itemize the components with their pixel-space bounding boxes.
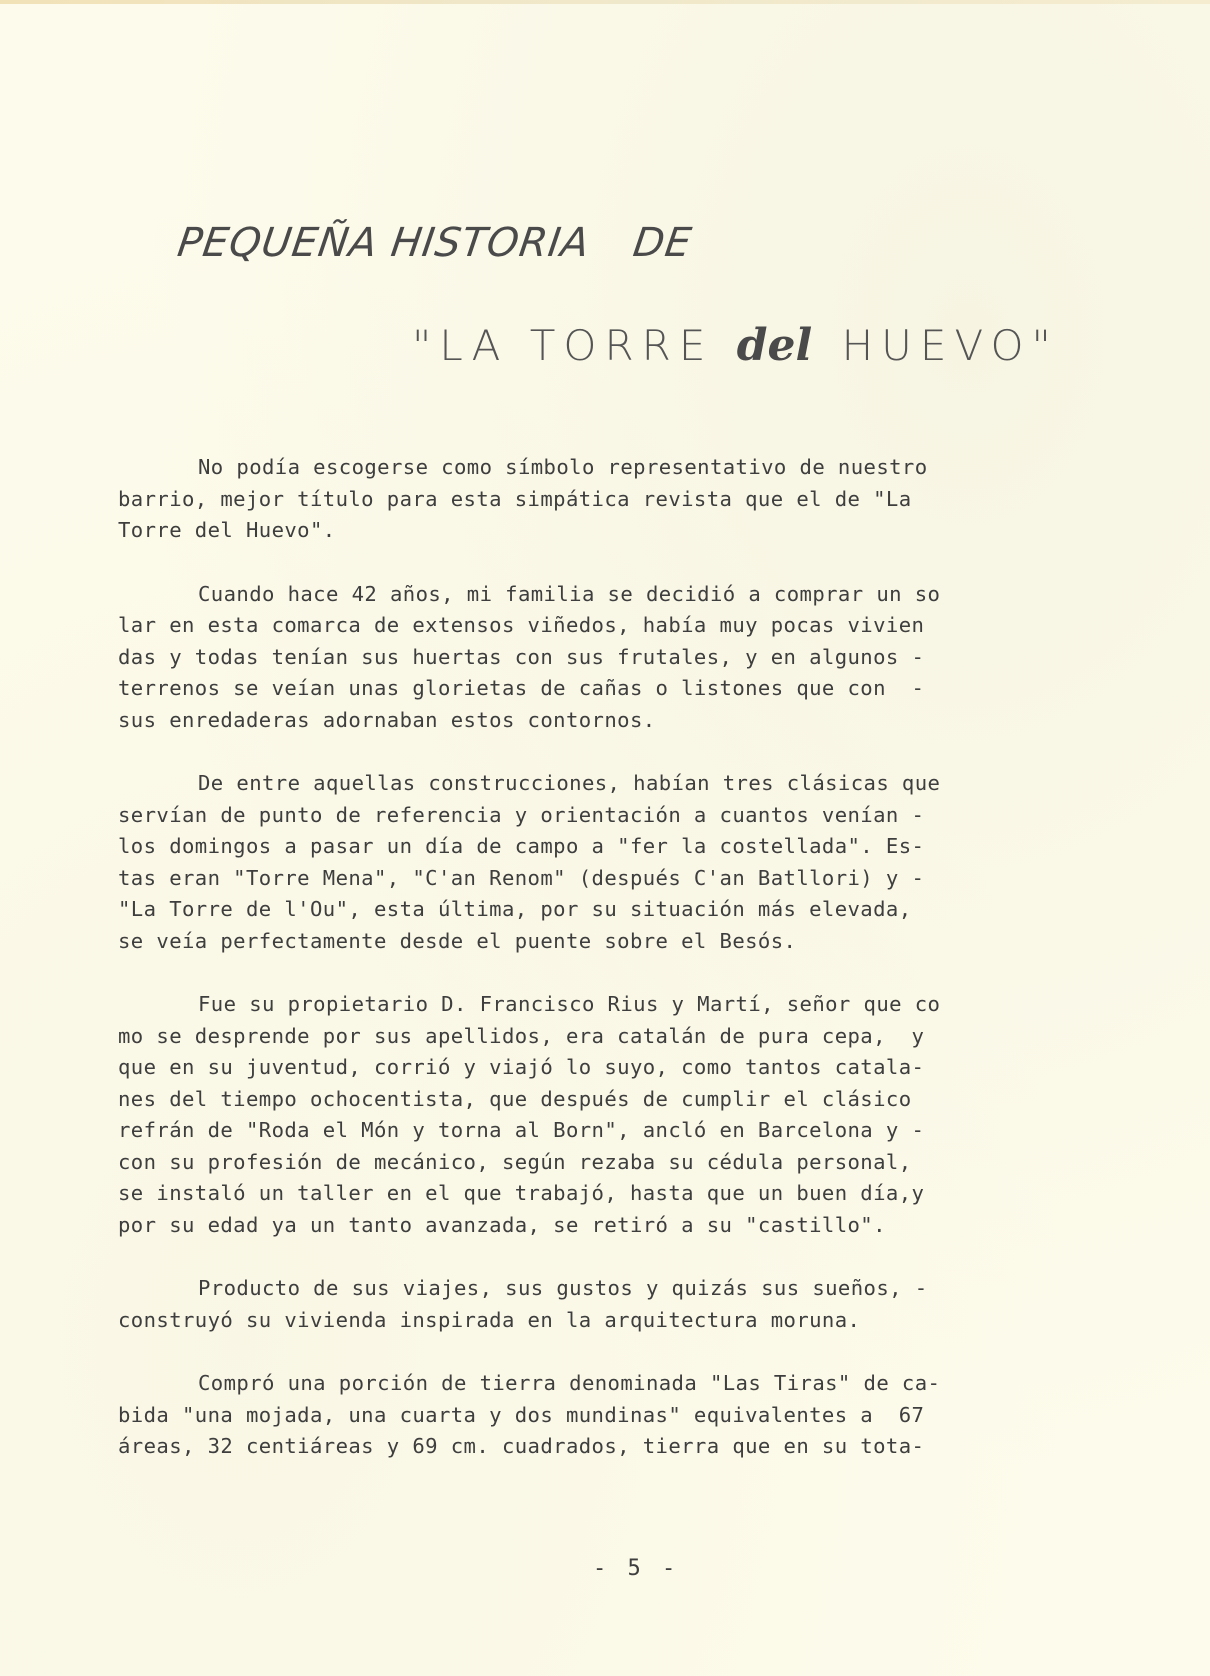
text-line: áreas, 32 centiáreas y 69 cm. cuadrados,…	[118, 1431, 1098, 1463]
text-line: Cuando hace 42 años, mi familia se decid…	[118, 579, 1098, 611]
text-line: sus enredaderas adornaban estos contorno…	[118, 705, 1098, 737]
paragraph-3: De entre aquellas construcciones, habían…	[118, 768, 1098, 957]
title-la-torre: "LA TORRE	[412, 321, 713, 370]
text-line: Torre del Huevo".	[118, 515, 1098, 547]
text-line: tas eran "Torre Mena", "C'an Renom" (des…	[118, 863, 1098, 895]
text-line: por su edad ya un tanto avanzada, se ret…	[118, 1210, 1098, 1242]
title-del-handwritten: del	[737, 320, 812, 371]
article-body: No podía escogerse como símbolo represen…	[118, 452, 1098, 1495]
text-line: bida "una mojada, una cuarta y dos mundi…	[118, 1400, 1098, 1432]
text-line: das y todas tenían sus huertas con sus f…	[118, 642, 1098, 674]
text-line: "La Torre de l'Ou", esta última, por su …	[118, 894, 1098, 926]
text-line: barrio, mejor título para esta simpática…	[118, 484, 1098, 516]
text-line: refrán de "Roda el Món y torna al Born",…	[118, 1115, 1098, 1147]
title-pequena-historia: PEQUEÑA HISTORIA	[175, 220, 593, 266]
text-line: nes del tiempo ochocentista, que después…	[118, 1084, 1098, 1116]
text-line: con su profesión de mecánico, según reza…	[118, 1147, 1098, 1179]
text-line: Producto de sus viajes, sus gustos y qui…	[118, 1273, 1098, 1305]
text-line: se veía perfectamente desde el puente so…	[118, 926, 1098, 958]
text-line: Compró una porción de tierra denominada …	[118, 1368, 1098, 1400]
text-line: terrenos se veían unas glorietas de caña…	[118, 673, 1098, 705]
title-de: DE	[630, 220, 695, 266]
text-line: los domingos a pasar un día de campo a "…	[118, 831, 1098, 863]
text-line: De entre aquellas construcciones, habían…	[118, 768, 1098, 800]
paragraph-4: Fue su propietario D. Francisco Rius y M…	[118, 989, 1098, 1241]
text-line: Fue su propietario D. Francisco Rius y M…	[118, 989, 1098, 1021]
text-line: se instaló un taller en el que trabajó, …	[118, 1178, 1098, 1210]
paragraph-6: Compró una porción de tierra denominada …	[118, 1368, 1098, 1463]
text-line: que en su juventud, corrió y viajó lo su…	[118, 1052, 1098, 1084]
title-line-2: "LA TORRE del HUEVO"	[412, 320, 1059, 371]
text-line: construyó su vivienda inspirada en la ar…	[118, 1305, 1098, 1337]
title-huevo: HUEVO"	[842, 321, 1059, 370]
paragraph-2: Cuando hace 42 años, mi familia se decid…	[118, 579, 1098, 737]
text-line: No podía escogerse como símbolo represen…	[118, 452, 1098, 484]
paragraph-5: Producto de sus viajes, sus gustos y qui…	[118, 1273, 1098, 1336]
page-number: - 5 -	[593, 1556, 679, 1581]
paper-edge	[0, 0, 1210, 4]
paragraph-1: No podía escogerse como símbolo represen…	[118, 452, 1098, 547]
text-line: servían de punto de referencia y orienta…	[118, 800, 1098, 832]
text-line: mo se desprende por sus apellidos, era c…	[118, 1021, 1098, 1053]
text-line: lar en esta comarca de extensos viñedos,…	[118, 610, 1098, 642]
scanned-page: PEQUEÑA HISTORIADE "LA TORRE del HUEVO" …	[0, 0, 1210, 1676]
title-line-1: PEQUEÑA HISTORIADE	[175, 220, 695, 266]
